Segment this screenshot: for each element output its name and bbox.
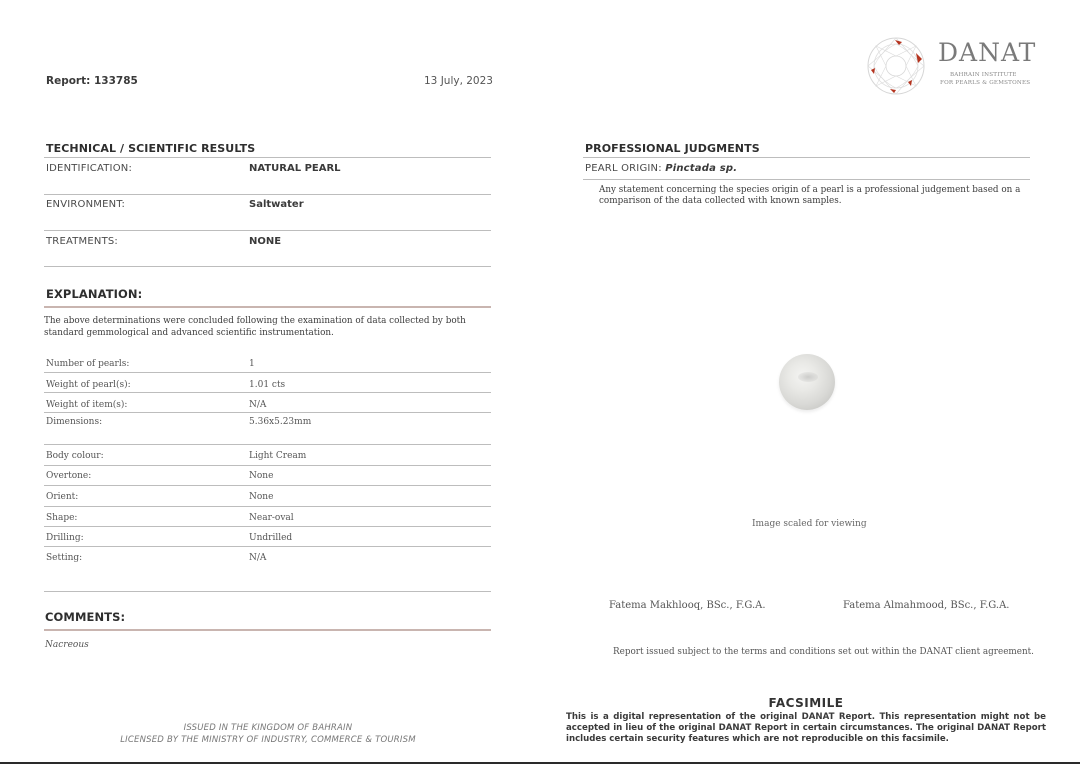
divider [44, 392, 491, 393]
environment-value: Saltwater [249, 199, 304, 210]
divider [44, 266, 491, 267]
row-value: N/A [249, 553, 266, 563]
row-value: 5.36x5.23mm [249, 417, 311, 427]
row-value: Light Cream [249, 451, 306, 461]
row-label: Weight of pearl(s): [46, 380, 131, 390]
row-value: N/A [249, 400, 266, 410]
divider [44, 506, 491, 507]
terms-note: Report issued subject to the terms and c… [613, 647, 1034, 657]
image-caption: Image scaled for viewing [752, 519, 867, 529]
brand-subtitle-1: BAHRAIN INSTITUTE [950, 72, 1017, 78]
facsimile-title: FACSIMILE [566, 696, 1046, 710]
divider [583, 179, 1030, 180]
row-value: None [249, 492, 273, 502]
technical-results-title: TECHNICAL / SCIENTIFIC RESULTS [46, 142, 255, 155]
license-note: LICENSED BY THE MINISTRY OF INDUSTRY, CO… [38, 735, 498, 745]
report-date: 13 July, 2023 [424, 75, 493, 87]
divider [44, 194, 491, 195]
pearl-highlight [798, 372, 818, 382]
treatments-value: NONE [249, 236, 281, 247]
brand-name: DANAT [938, 38, 1036, 67]
row-label: Number of pearls: [46, 359, 129, 369]
issued-location: ISSUED IN THE KINGDOM OF BAHRAIN [38, 723, 498, 733]
pearl-origin-value: Pinctada sp. [665, 163, 737, 174]
origin-note: Any statement concerning the species ori… [599, 185, 1039, 207]
row-label: Setting: [46, 553, 82, 563]
environment-label: ENVIRONMENT: [46, 199, 125, 210]
divider [44, 444, 491, 445]
facsimile-text: This is a digital representation of the … [566, 712, 1046, 745]
identification-value: NATURAL PEARL [249, 163, 341, 174]
divider [44, 526, 491, 527]
row-value: Near-oval [249, 513, 294, 523]
comments-value: Nacreous [45, 640, 89, 650]
danat-rosette-icon [866, 36, 926, 96]
divider [44, 546, 491, 547]
row-value: 1 [249, 359, 255, 369]
row-label: Orient: [46, 492, 78, 502]
divider [44, 465, 491, 466]
signatory-2: Fatema Almahmood, BSc., F.G.A. [843, 600, 1009, 611]
row-label: Weight of item(s): [46, 400, 127, 410]
row-label: Drilling: [46, 533, 84, 543]
divider [583, 157, 1030, 158]
row-label: Shape: [46, 513, 77, 523]
row-label: Overtone: [46, 471, 91, 481]
divider [44, 485, 491, 486]
comments-title: COMMENTS: [45, 610, 125, 624]
explanation-title: EXPLANATION: [46, 287, 142, 301]
row-value: Undrilled [249, 533, 292, 543]
treatments-label: TREATMENTS: [46, 236, 118, 247]
brand-subtitle-2: FOR PEARLS & GEMSTONES [940, 80, 1030, 86]
professional-judgments-title: PROFESSIONAL JUDGMENTS [585, 142, 760, 155]
row-value: None [249, 471, 273, 481]
row-label: Body colour: [46, 451, 104, 461]
divider [44, 591, 491, 592]
report-number: Report: 133785 [46, 75, 138, 87]
row-label: Dimensions: [46, 417, 102, 427]
divider [44, 372, 491, 373]
identification-label: IDENTIFICATION: [46, 163, 132, 174]
divider [44, 230, 491, 231]
divider [44, 306, 491, 308]
row-value: 1.01 cts [249, 380, 285, 390]
pearl-origin: PEARL ORIGIN: Pinctada sp. [585, 163, 737, 174]
explanation-text: The above determinations were concluded … [44, 316, 496, 339]
divider [44, 157, 491, 158]
signatory-1: Fatema Makhlooq, BSc., F.G.A. [609, 600, 766, 611]
divider [44, 629, 491, 631]
pearl-origin-label: PEARL ORIGIN: [585, 163, 662, 174]
divider [44, 412, 491, 413]
pearl-image [779, 354, 835, 410]
